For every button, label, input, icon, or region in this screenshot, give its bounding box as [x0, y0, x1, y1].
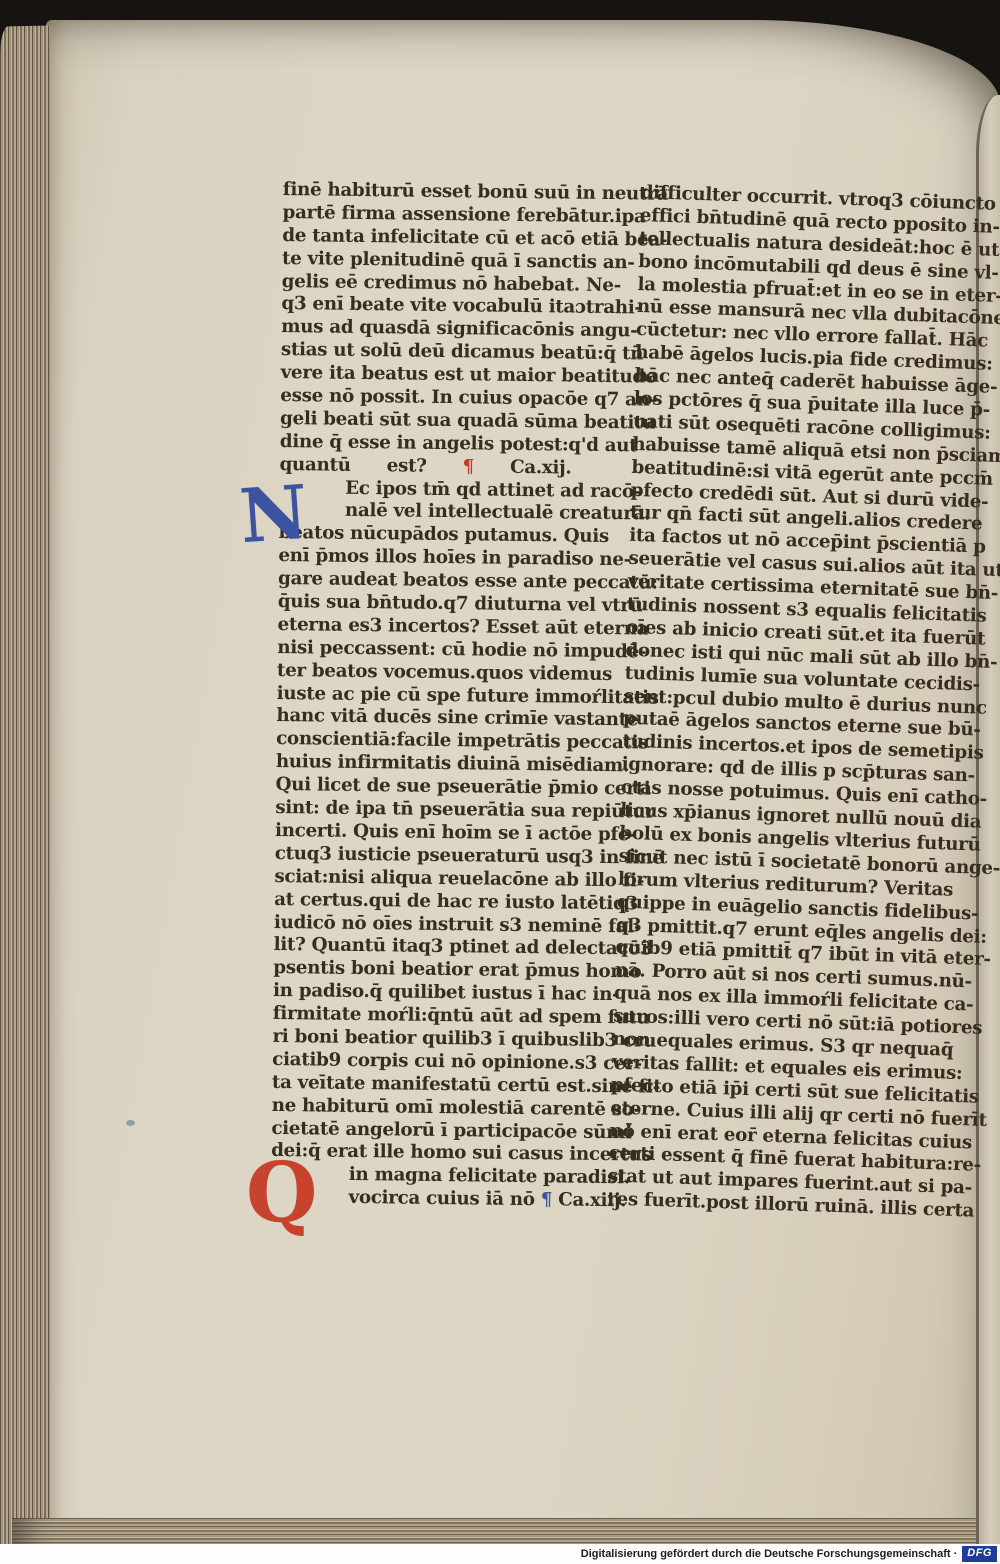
text-segment: beatos nūcupādos putamus. Quis — [279, 522, 610, 547]
text-segment: dine q̄ esse in angelis potest:q'd aut — [280, 431, 638, 456]
text-segment: ctuq3 iusticie pseueraturū usq3 in finē — [275, 843, 664, 869]
text-segment: Qui licet de sue pseuerātie p̄mio certi — [275, 774, 650, 800]
text-segment: sint: de ipa tn̄ pseuerātia sua repiūtur — [275, 797, 655, 823]
text-segment: huius infirmitatis diuinā misēdiam. — [276, 751, 629, 776]
text-segment: enī p̄mos illos hoīes in paradiso ne- — [278, 545, 631, 570]
text-segment: esse nō possit. In cuius opacōe q7 an- — [280, 385, 657, 411]
text-segment: ta veītate manifestatū certū est.sine fi… — [272, 1072, 660, 1098]
text-column-left: finē habiturū esset bonū suū in neutrāpa… — [270, 179, 575, 1213]
text-segment: nalē vel intellectualē creaturā. — [345, 500, 651, 525]
illuminated-initial-q: Q — [246, 1152, 317, 1234]
text-segment: dei:q̄ erat ille homo sui casus incertus — [271, 1140, 652, 1166]
text-column-right: difficulter occurrit. vtroq3 cōiunctoeff… — [607, 182, 939, 1221]
text-segment: Ec ipos tm̄ qd attinet ad racō- — [345, 477, 641, 502]
text-segment: Ca.xij. — [474, 456, 572, 478]
text-segment: finē habiturū esset bonū suū in neutrā — [283, 179, 668, 205]
text-segment: lit? Quantū itaq3 ptinet ad delectacō3 — [274, 934, 653, 960]
text-segment: psentis boni beatior erat p̄mus homo — [273, 957, 641, 982]
text-segment: ri boni beatior quilib3 ī quibuslib3 cru — [272, 1026, 656, 1052]
text-segment: q3 enī beate vite vocabulū itaɔtrahi- — [281, 293, 642, 318]
text-segment: cietatē angelorū ī participacōe sūmi — [271, 1117, 632, 1142]
dfg-logo: DFG — [962, 1546, 997, 1562]
text-segment: mus ad quasdā significacōnis angu- — [281, 316, 638, 341]
illuminated-initial-n: N — [238, 476, 311, 555]
text-segment: at certus.qui de hac re iusto latētiq3 — [274, 889, 638, 914]
text-line: quantū est? ¶ Ca.xij. — [279, 454, 571, 480]
text-segment: geli beati sūt sua quadā sūma beatitu — [280, 408, 655, 434]
digitization-credit-text: Digitalisierung gefördert durch die Deut… — [581, 1548, 958, 1560]
rubric-mark: ¶ — [541, 1189, 553, 1210]
text-segment: gelis eē credimus nō habebat. Ne- — [282, 271, 621, 296]
text-segment: te vite plenitudinē quā ī sanctis an- — [282, 248, 635, 273]
text-segment: conscientiā:facile impetrātis peccatis — [276, 728, 648, 754]
text-segment: in magna felicitate paradisi. — [349, 1164, 630, 1188]
text-segment: vocirca cuius iā nō — [348, 1187, 540, 1210]
text-segment: nisi peccassent: cū hodie nō impudē- — [277, 637, 646, 663]
text-segment: incerti. Quis enī hoīm se ī actōe pfe- — [275, 820, 637, 845]
text-segment: de tanta infelicitate cū et acō etiā bea… — [282, 225, 667, 251]
text-segment: iuste ac pie cū spe future immoŕlitatis — [277, 683, 659, 709]
digitization-footer: Digitalisierung gefördert durch die Deut… — [0, 1544, 1000, 1564]
text-segment: stias ut solū deū dicamus beatū:q̄ tn̄ — [281, 339, 643, 364]
text-segment: hanc vitā ducēs sine crimīe vastante — [276, 705, 638, 730]
text-segment: quantū est? — [279, 454, 462, 477]
text-segment: in padiso.q̄ quilibet iustus ī hac in- — [273, 980, 620, 1005]
ink-stain — [126, 1120, 135, 1126]
page-stack-left-edge — [0, 25, 50, 1546]
page-stack-bottom-edge — [12, 1518, 1000, 1544]
text-segment: partē firma assensione ferebātur.ipa — [282, 202, 645, 227]
rubric-mark: ¶ — [462, 456, 474, 477]
text-segment: eterna es3 incertos? Esset aūt eterna — [277, 614, 648, 640]
text-segment: ciatib9 corpis cui nō opinione.s3 cer- — [272, 1049, 642, 1075]
text-segment: q̄uis sua bn̄tudo.q7 diuturna vel vtrū — [278, 591, 643, 616]
text-segment: ter beatos vocemus.quos videmus — [277, 660, 612, 685]
text-segment: firmitate moŕli:q̄ntū aūt ad spem futu — [273, 1003, 650, 1029]
text-segment: iudicō nō oīes instruit s3 neminē fal- — [274, 911, 642, 936]
text-segment: vere ita beatus est ut maior beatitudo — [281, 362, 657, 388]
text-segment: ne habiturū omī molestiā carentē so- — [272, 1095, 642, 1121]
text-segment: gare audeat beatos esse ante peccatū: — [278, 568, 658, 594]
text-segment: sciat:nisi aliqua reuelacōne ab illo fi- — [274, 866, 644, 892]
